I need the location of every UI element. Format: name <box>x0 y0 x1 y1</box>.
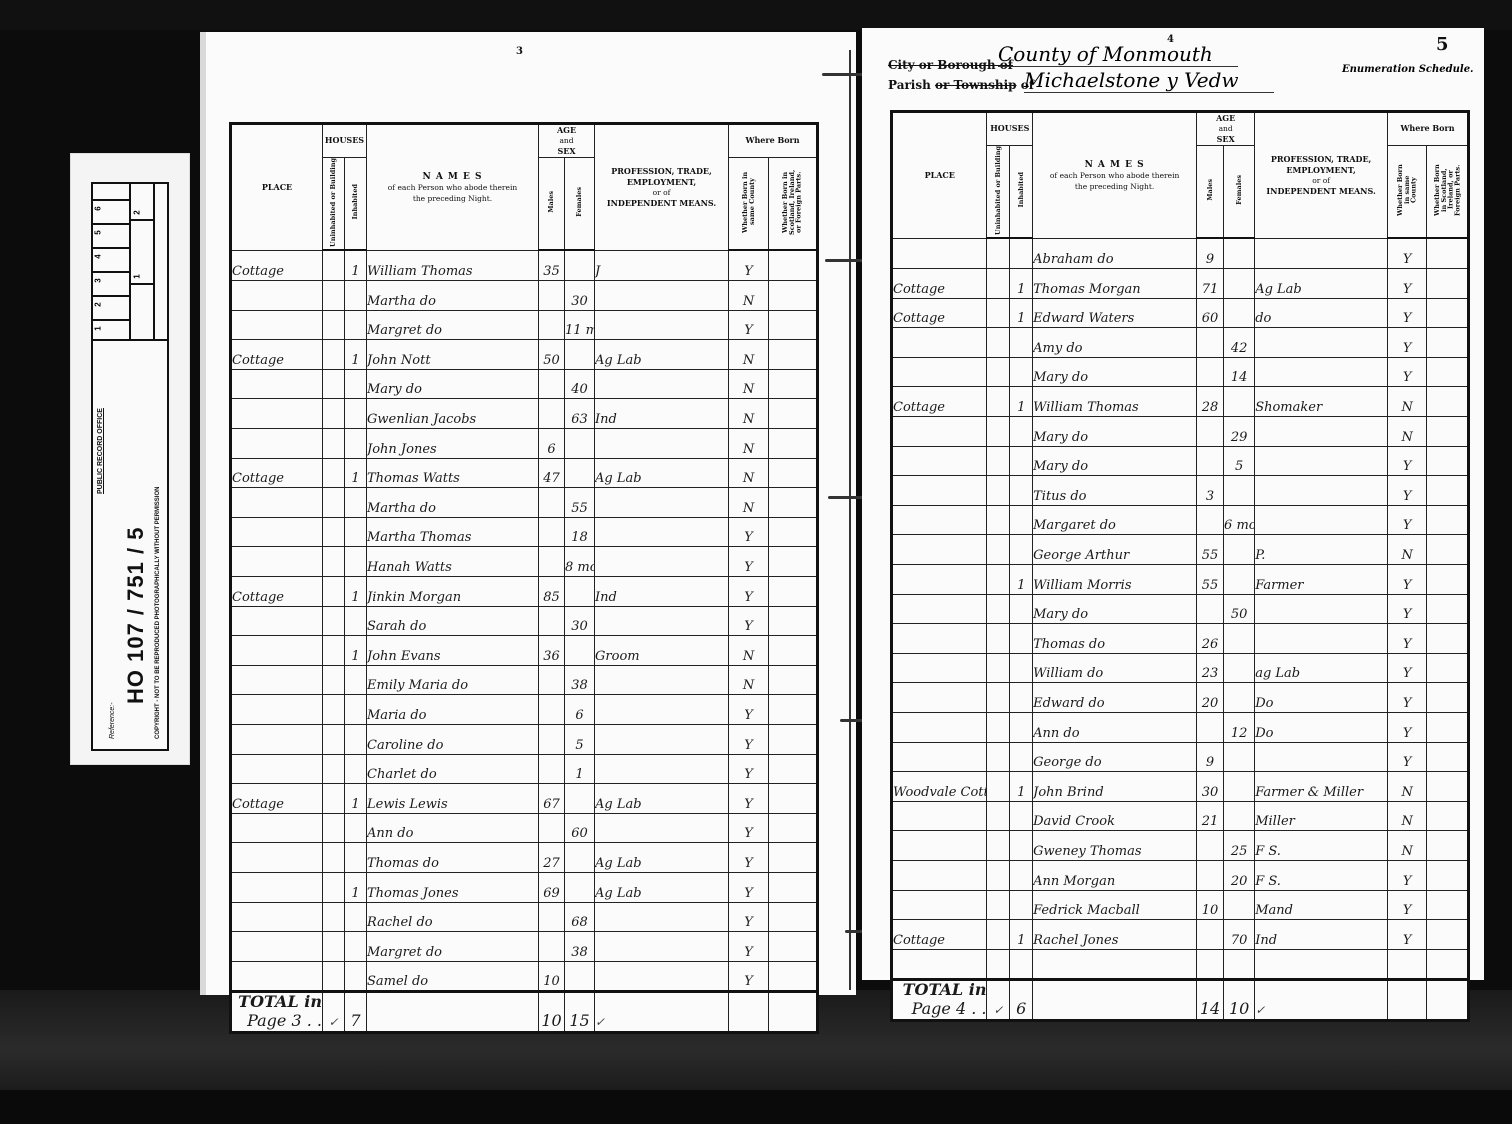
occupation-cell <box>595 517 729 547</box>
born-county-cell: Y <box>1388 269 1427 299</box>
male-age-cell <box>1197 949 1224 980</box>
male-age-cell: 30 <box>1197 772 1224 802</box>
uninhabited-cell <box>323 843 345 873</box>
reference-code: HO 107 / 751 / 5 <box>123 527 149 704</box>
name-cell: Edward Waters <box>1033 298 1197 328</box>
census-row: Caroline do5Y <box>231 724 818 754</box>
col-uninhabited: Uninhabited or Building <box>987 145 1010 238</box>
occupation-cell <box>1255 357 1388 387</box>
inhabited-cell <box>345 754 367 784</box>
uninhabited-cell <box>323 784 345 814</box>
inhabited-cell <box>1010 505 1033 535</box>
born-county-cell: Y <box>1388 238 1427 268</box>
born-county-cell: Y <box>729 843 769 873</box>
place-cell <box>892 712 987 742</box>
name-cell: Margret do <box>367 932 539 962</box>
ruler-number: 5 <box>94 230 103 234</box>
scanner-background-edge <box>0 1090 1512 1124</box>
uninhabited-cell <box>987 269 1010 299</box>
born-foreign-cell <box>1427 712 1469 742</box>
male-age-cell: 67 <box>539 784 565 814</box>
born-foreign-cell <box>769 369 818 399</box>
born-county-cell: Y <box>1388 298 1427 328</box>
male-age-cell: 35 <box>539 250 565 280</box>
inhabited-cell <box>345 961 367 992</box>
female-age-cell <box>1224 298 1255 328</box>
inhabited-cell <box>1010 624 1033 654</box>
total-uninhabited: ✓ <box>987 980 1010 1021</box>
total-born-foreign <box>1427 980 1469 1021</box>
male-age-cell: 27 <box>539 843 565 873</box>
place-cell <box>892 860 987 890</box>
female-age-cell: 38 <box>565 932 595 962</box>
born-county-cell: Y <box>1388 653 1427 683</box>
census-row: Margret do11 monthsY <box>231 310 818 340</box>
census-row <box>892 949 1469 980</box>
female-age-cell: 40 <box>565 369 595 399</box>
born-county-cell: Y <box>729 902 769 932</box>
prof-line4: INDEPENDENT MEANS. <box>1255 186 1387 197</box>
total-profession: ✓ <box>1255 980 1388 1021</box>
female-age-cell: 25 <box>1224 831 1255 861</box>
inhabited-cell <box>345 310 367 340</box>
female-age-cell: 6 months <box>1224 505 1255 535</box>
total-profession: ✓ <box>595 992 729 1033</box>
prof-line1: PROFESSION, TRADE, <box>1255 154 1387 165</box>
census-row: Charlet do1Y <box>231 754 818 784</box>
inhabited-cell: 1 <box>345 250 367 280</box>
occupation-cell <box>595 932 729 962</box>
age-and: and <box>1197 124 1254 134</box>
male-age-cell: 9 <box>1197 742 1224 772</box>
public-record-office-label: PUBLIC RECORD OFFICE <box>97 408 104 494</box>
female-age-cell: 68 <box>565 902 595 932</box>
male-age-cell <box>539 281 565 311</box>
occupation-cell: P. <box>1255 535 1388 565</box>
census-row: David Crook21MillerN <box>892 801 1469 831</box>
inhabited-cell: 1 <box>345 577 367 607</box>
born-foreign-cell <box>769 547 818 577</box>
born-county-cell: N <box>729 488 769 518</box>
name-cell: Gweney Thomas <box>1033 831 1197 861</box>
male-age-cell <box>1197 417 1224 447</box>
occupation-cell <box>595 902 729 932</box>
born-county-cell: Y <box>1388 476 1427 506</box>
name-cell: Amy do <box>1033 328 1197 358</box>
born-county-cell: N <box>729 369 769 399</box>
born-county-cell: Y <box>1388 920 1427 950</box>
female-age-cell: 14 <box>1224 357 1255 387</box>
occupation-cell: Ag Lab <box>595 784 729 814</box>
census-row: Thomas do27Ag LabY <box>231 843 818 873</box>
born-county-cell: Y <box>1388 446 1427 476</box>
born-county-cell: Y <box>1388 712 1427 742</box>
born-county-cell: N <box>1388 772 1427 802</box>
census-row: Ann do12DoY <box>892 712 1469 742</box>
total-text: TOTAL in <box>903 980 987 999</box>
place-cell <box>231 429 323 459</box>
born-foreign-cell <box>769 754 818 784</box>
occupation-cell <box>595 813 729 843</box>
name-cell: Charlet do <box>367 754 539 784</box>
census-row: Gweney Thomas25F S.N <box>892 831 1469 861</box>
total-inhabited: 6 <box>1010 980 1033 1021</box>
name-cell: Mary do <box>1033 417 1197 447</box>
born-foreign-cell <box>1427 328 1469 358</box>
name-cell: Ann do <box>1033 712 1197 742</box>
born-foreign-cell <box>1427 565 1469 595</box>
col-profession: PROFESSION, TRADE, EMPLOYMENT, or of IND… <box>595 124 729 251</box>
place-cell <box>231 636 323 666</box>
male-age-cell <box>539 665 565 695</box>
inhabited-cell <box>345 724 367 754</box>
females-label: Females <box>1236 175 1243 205</box>
name-cell: Abraham do <box>1033 238 1197 268</box>
place-cell <box>892 238 987 268</box>
uninhabited-cell <box>987 949 1010 980</box>
occupation-cell: Ag Lab <box>1255 269 1388 299</box>
inhabited-cell: 1 <box>1010 772 1033 802</box>
female-age-cell: 5 <box>565 724 595 754</box>
male-age-cell: 60 <box>1197 298 1224 328</box>
uninhabited-cell <box>987 594 1010 624</box>
place-cell <box>231 399 323 429</box>
occupation-cell: Ag Lab <box>595 340 729 370</box>
place-cell <box>231 932 323 962</box>
female-age-cell: 70 <box>1224 920 1255 950</box>
inhabited-cell: 1 <box>1010 920 1033 950</box>
born-foreign-cell <box>769 310 818 340</box>
census-row: Ann do60Y <box>231 813 818 843</box>
total-born-county <box>1388 980 1427 1021</box>
place-cell <box>892 653 987 683</box>
uninhabited-cell <box>323 813 345 843</box>
male-age-cell <box>539 606 565 636</box>
census-row: Rachel do68Y <box>231 902 818 932</box>
born-foreign-cell <box>769 577 818 607</box>
inhabited-cell <box>1010 890 1033 920</box>
occupation-cell <box>595 606 729 636</box>
uninhabited-cell <box>987 357 1010 387</box>
place-cell <box>892 476 987 506</box>
male-age-cell: 21 <box>1197 801 1224 831</box>
total-uninhabited: ✓ <box>323 992 345 1033</box>
name-cell: Thomas Jones <box>367 872 539 902</box>
occupation-cell <box>1255 949 1388 980</box>
male-age-cell: 26 <box>1197 624 1224 654</box>
col-place: PLACE <box>892 112 987 239</box>
born-county-cell: Y <box>729 606 769 636</box>
occupation-cell: Farmer <box>1255 565 1388 595</box>
occupation-cell <box>1255 505 1388 535</box>
census-row: Hanah Watts8 monthsY <box>231 547 818 577</box>
ruler-number: 2 <box>94 302 103 306</box>
male-age-cell: 55 <box>1197 565 1224 595</box>
occupation-cell: Farmer & Miller <box>1255 772 1388 802</box>
female-age-cell: 20 <box>1224 860 1255 890</box>
inhabited-cell: 1 <box>345 340 367 370</box>
male-age-cell: 36 <box>539 636 565 666</box>
females-label: Females <box>576 187 583 217</box>
place-cell: Cottage <box>231 340 323 370</box>
inhabited-cell <box>345 813 367 843</box>
uninhabited-cell <box>323 961 345 992</box>
born-county-cell: Y <box>729 517 769 547</box>
born-county-cell: Y <box>1388 565 1427 595</box>
name-cell: John Evans <box>367 636 539 666</box>
place-cell <box>231 902 323 932</box>
male-age-cell <box>1197 920 1224 950</box>
born-foreign-cell <box>1427 772 1469 802</box>
born-county-cell: Y <box>1388 624 1427 654</box>
city-borough-value: County of Monmouth <box>998 42 1238 67</box>
born-foreign-cell <box>1427 860 1469 890</box>
female-age-cell: 11 months <box>565 310 595 340</box>
place-cell <box>892 683 987 713</box>
uninhabited-cell <box>323 340 345 370</box>
male-age-cell: 10 <box>1197 890 1224 920</box>
place-cell <box>231 695 323 725</box>
female-age-cell <box>565 843 595 873</box>
female-age-cell <box>1224 890 1255 920</box>
uninhabited-cell <box>987 772 1010 802</box>
female-age-cell: 60 <box>565 813 595 843</box>
scanner-background-top <box>0 0 1512 30</box>
born-county-cell: N <box>729 399 769 429</box>
born-county-cell: N <box>729 665 769 695</box>
uninhabited-cell <box>323 458 345 488</box>
prof-line4: INDEPENDENT MEANS. <box>595 198 728 209</box>
col-born-county: Whether Born in same County <box>1388 145 1427 238</box>
female-age-cell <box>1224 653 1255 683</box>
inhabited-cell <box>1010 949 1033 980</box>
place-cell <box>231 724 323 754</box>
female-age-cell <box>565 577 595 607</box>
col-place: PLACE <box>231 124 323 251</box>
col-where-born: Where Born <box>1388 112 1469 146</box>
name-cell: Thomas do <box>367 843 539 873</box>
uninhabited-cell <box>987 831 1010 861</box>
male-age-cell <box>539 754 565 784</box>
col-inhabited: Inhabited <box>345 157 367 250</box>
born-foreign-cell <box>769 932 818 962</box>
place-cell <box>892 565 987 595</box>
name-cell: Rachel do <box>367 902 539 932</box>
page-number-3: 3 <box>516 46 523 57</box>
uninhabited-cell <box>323 665 345 695</box>
census-row: Cottage1Lewis Lewis67Ag LabY <box>231 784 818 814</box>
census-row: Cottage1Thomas Watts47Ag LabN <box>231 458 818 488</box>
female-age-cell <box>1224 535 1255 565</box>
uninhabited-cell <box>987 653 1010 683</box>
name-cell: Jinkin Morgan <box>367 577 539 607</box>
census-row: Amy do42Y <box>892 328 1469 358</box>
born-foreign-cell <box>1427 683 1469 713</box>
born-foreign-cell <box>769 488 818 518</box>
female-age-cell <box>565 872 595 902</box>
born-foreign-cell <box>769 517 818 547</box>
born-county-cell: N <box>1388 417 1427 447</box>
place-cell <box>892 357 987 387</box>
male-age-cell <box>539 813 565 843</box>
occupation-cell: ag Lab <box>1255 653 1388 683</box>
census-row: Thomas do26Y <box>892 624 1469 654</box>
female-age-cell <box>1224 683 1255 713</box>
measurement-ruler: 1 2 3 4 5 6 1 2 <box>93 184 167 341</box>
names-sub1: of each Person who abode therein <box>367 183 538 193</box>
uninhabited-cell <box>323 902 345 932</box>
male-age-cell: 28 <box>1197 387 1224 417</box>
ruler-number: 1 <box>133 274 142 278</box>
occupation-cell <box>595 310 729 340</box>
place-cell <box>892 446 987 476</box>
born-foreign-cell <box>1427 535 1469 565</box>
male-age-cell: 9 <box>1197 238 1224 268</box>
census-row: Mary do14Y <box>892 357 1469 387</box>
occupation-cell: Do <box>1255 712 1388 742</box>
place-cell <box>231 517 323 547</box>
inhabited-cell <box>345 902 367 932</box>
uninhabited-cell <box>987 298 1010 328</box>
ruler-number: 6 <box>94 206 103 210</box>
total-label: TOTAL inPage 3 . . <box>231 992 323 1033</box>
parish-value: Michaelstone y Vedw <box>1024 68 1274 93</box>
occupation-cell <box>1255 742 1388 772</box>
males-label: Males <box>548 191 555 213</box>
age-title: AGE <box>539 125 594 136</box>
census-row: Fedrick Macball10MandY <box>892 890 1469 920</box>
uninhabited-cell <box>323 754 345 784</box>
census-row: John Jones6N <box>231 429 818 459</box>
name-cell: Lewis Lewis <box>367 784 539 814</box>
occupation-cell <box>1255 417 1388 447</box>
name-cell: Sarah do <box>367 606 539 636</box>
occupation-cell <box>595 724 729 754</box>
occupation-cell: do <box>1255 298 1388 328</box>
uninhabited-cell <box>987 624 1010 654</box>
born-county-cell: Y <box>729 961 769 992</box>
uninhabited-cell <box>987 446 1010 476</box>
born-foreign-cell <box>1427 417 1469 447</box>
right-page: 4 5 Enumeration Schedule. City or Boroug… <box>862 28 1484 980</box>
census-row: 1John Evans36GroomN <box>231 636 818 666</box>
female-age-cell <box>1224 949 1255 980</box>
born-county-cell: Y <box>729 754 769 784</box>
occupation-cell <box>1255 476 1388 506</box>
place-cell <box>231 606 323 636</box>
uninhabited-label: Uninhabited or Building <box>330 158 337 247</box>
inhabited-cell <box>1010 357 1033 387</box>
prof-line3: or of <box>1255 176 1387 186</box>
township-word: or Township <box>935 78 1017 92</box>
page-number-5: 5 <box>1436 34 1449 55</box>
born-foreign-cell <box>769 902 818 932</box>
total-males: 10 <box>539 992 565 1033</box>
name-cell: Caroline do <box>367 724 539 754</box>
female-age-cell: 29 <box>1224 417 1255 447</box>
census-row: William do23ag LabY <box>892 653 1469 683</box>
uninhabited-cell <box>987 417 1010 447</box>
female-age-cell <box>565 458 595 488</box>
inhabited-cell <box>1010 535 1033 565</box>
place-cell <box>892 949 987 980</box>
uninhabited-cell <box>987 890 1010 920</box>
males-label: Males <box>1207 179 1214 201</box>
census-row: Woodvale Cottage1John Brind30Farmer & Mi… <box>892 772 1469 802</box>
born-county-cell: Y <box>1388 683 1427 713</box>
male-age-cell: 23 <box>1197 653 1224 683</box>
uninhabited-cell <box>323 488 345 518</box>
male-age-cell: 50 <box>539 340 565 370</box>
place-cell <box>231 961 323 992</box>
female-age-cell <box>1224 269 1255 299</box>
uninhabited-cell <box>987 238 1010 268</box>
col-age-sex: AGE and SEX <box>1197 112 1255 146</box>
occupation-cell: Miller <box>1255 801 1388 831</box>
place-cell: Woodvale Cottage <box>892 772 987 802</box>
census-row: Edward do20DoY <box>892 683 1469 713</box>
name-cell: Gwenlian Jacobs <box>367 399 539 429</box>
occupation-cell <box>595 429 729 459</box>
born-foreign-cell <box>1427 831 1469 861</box>
total-page: Page 4 . . <box>912 999 987 1018</box>
name-cell: John Jones <box>367 429 539 459</box>
col-born-foreign: Whether Born in Scotland, Ireland, or Fo… <box>1427 145 1469 238</box>
name-cell: Emily Maria do <box>367 665 539 695</box>
place-cell: Cottage <box>231 784 323 814</box>
inhabited-cell: 1 <box>1010 269 1033 299</box>
census-row: Cottage1John Nott50Ag LabN <box>231 340 818 370</box>
born-foreign-label: Whether Born in Scotland, Ireland, or Fo… <box>782 169 802 235</box>
born-county-cell: Y <box>729 250 769 280</box>
born-foreign-cell <box>769 813 818 843</box>
born-county-cell: Y <box>1388 860 1427 890</box>
born-county-cell: Y <box>729 813 769 843</box>
total-born-county <box>729 992 769 1033</box>
census-row: Abraham do9Y <box>892 238 1469 268</box>
name-cell: John Nott <box>367 340 539 370</box>
born-county-cell: Y <box>1388 594 1427 624</box>
reference-word: Reference:- <box>109 702 116 739</box>
ruler-number: 3 <box>94 278 103 282</box>
female-age-cell: 55 <box>565 488 595 518</box>
uninhabited-cell <box>987 683 1010 713</box>
enumeration-schedule-title: Enumeration Schedule. <box>1342 64 1474 75</box>
inhabited-cell <box>1010 594 1033 624</box>
born-foreign-cell <box>1427 624 1469 654</box>
name-cell: William Morris <box>1033 565 1197 595</box>
place-cell <box>892 801 987 831</box>
born-county-cell: Y <box>1388 505 1427 535</box>
occupation-cell: Ag Lab <box>595 872 729 902</box>
male-age-cell <box>1197 831 1224 861</box>
female-age-cell: 38 <box>565 665 595 695</box>
name-cell <box>1033 949 1197 980</box>
born-county-cell: N <box>729 636 769 666</box>
male-age-cell <box>539 369 565 399</box>
inhabited-cell <box>345 399 367 429</box>
col-names: N A M E S of each Person who abode there… <box>367 124 539 251</box>
col-age-sex: AGE and SEX <box>539 124 595 158</box>
census-row: George Arthur55P.N <box>892 535 1469 565</box>
born-foreign-cell <box>769 429 818 459</box>
uninhabited-cell <box>323 872 345 902</box>
col-where-born: Where Born <box>729 124 818 158</box>
born-county-cell: Y <box>1388 742 1427 772</box>
place-cell: Cottage <box>892 387 987 417</box>
uninhabited-cell <box>323 399 345 429</box>
female-age-cell <box>565 636 595 666</box>
